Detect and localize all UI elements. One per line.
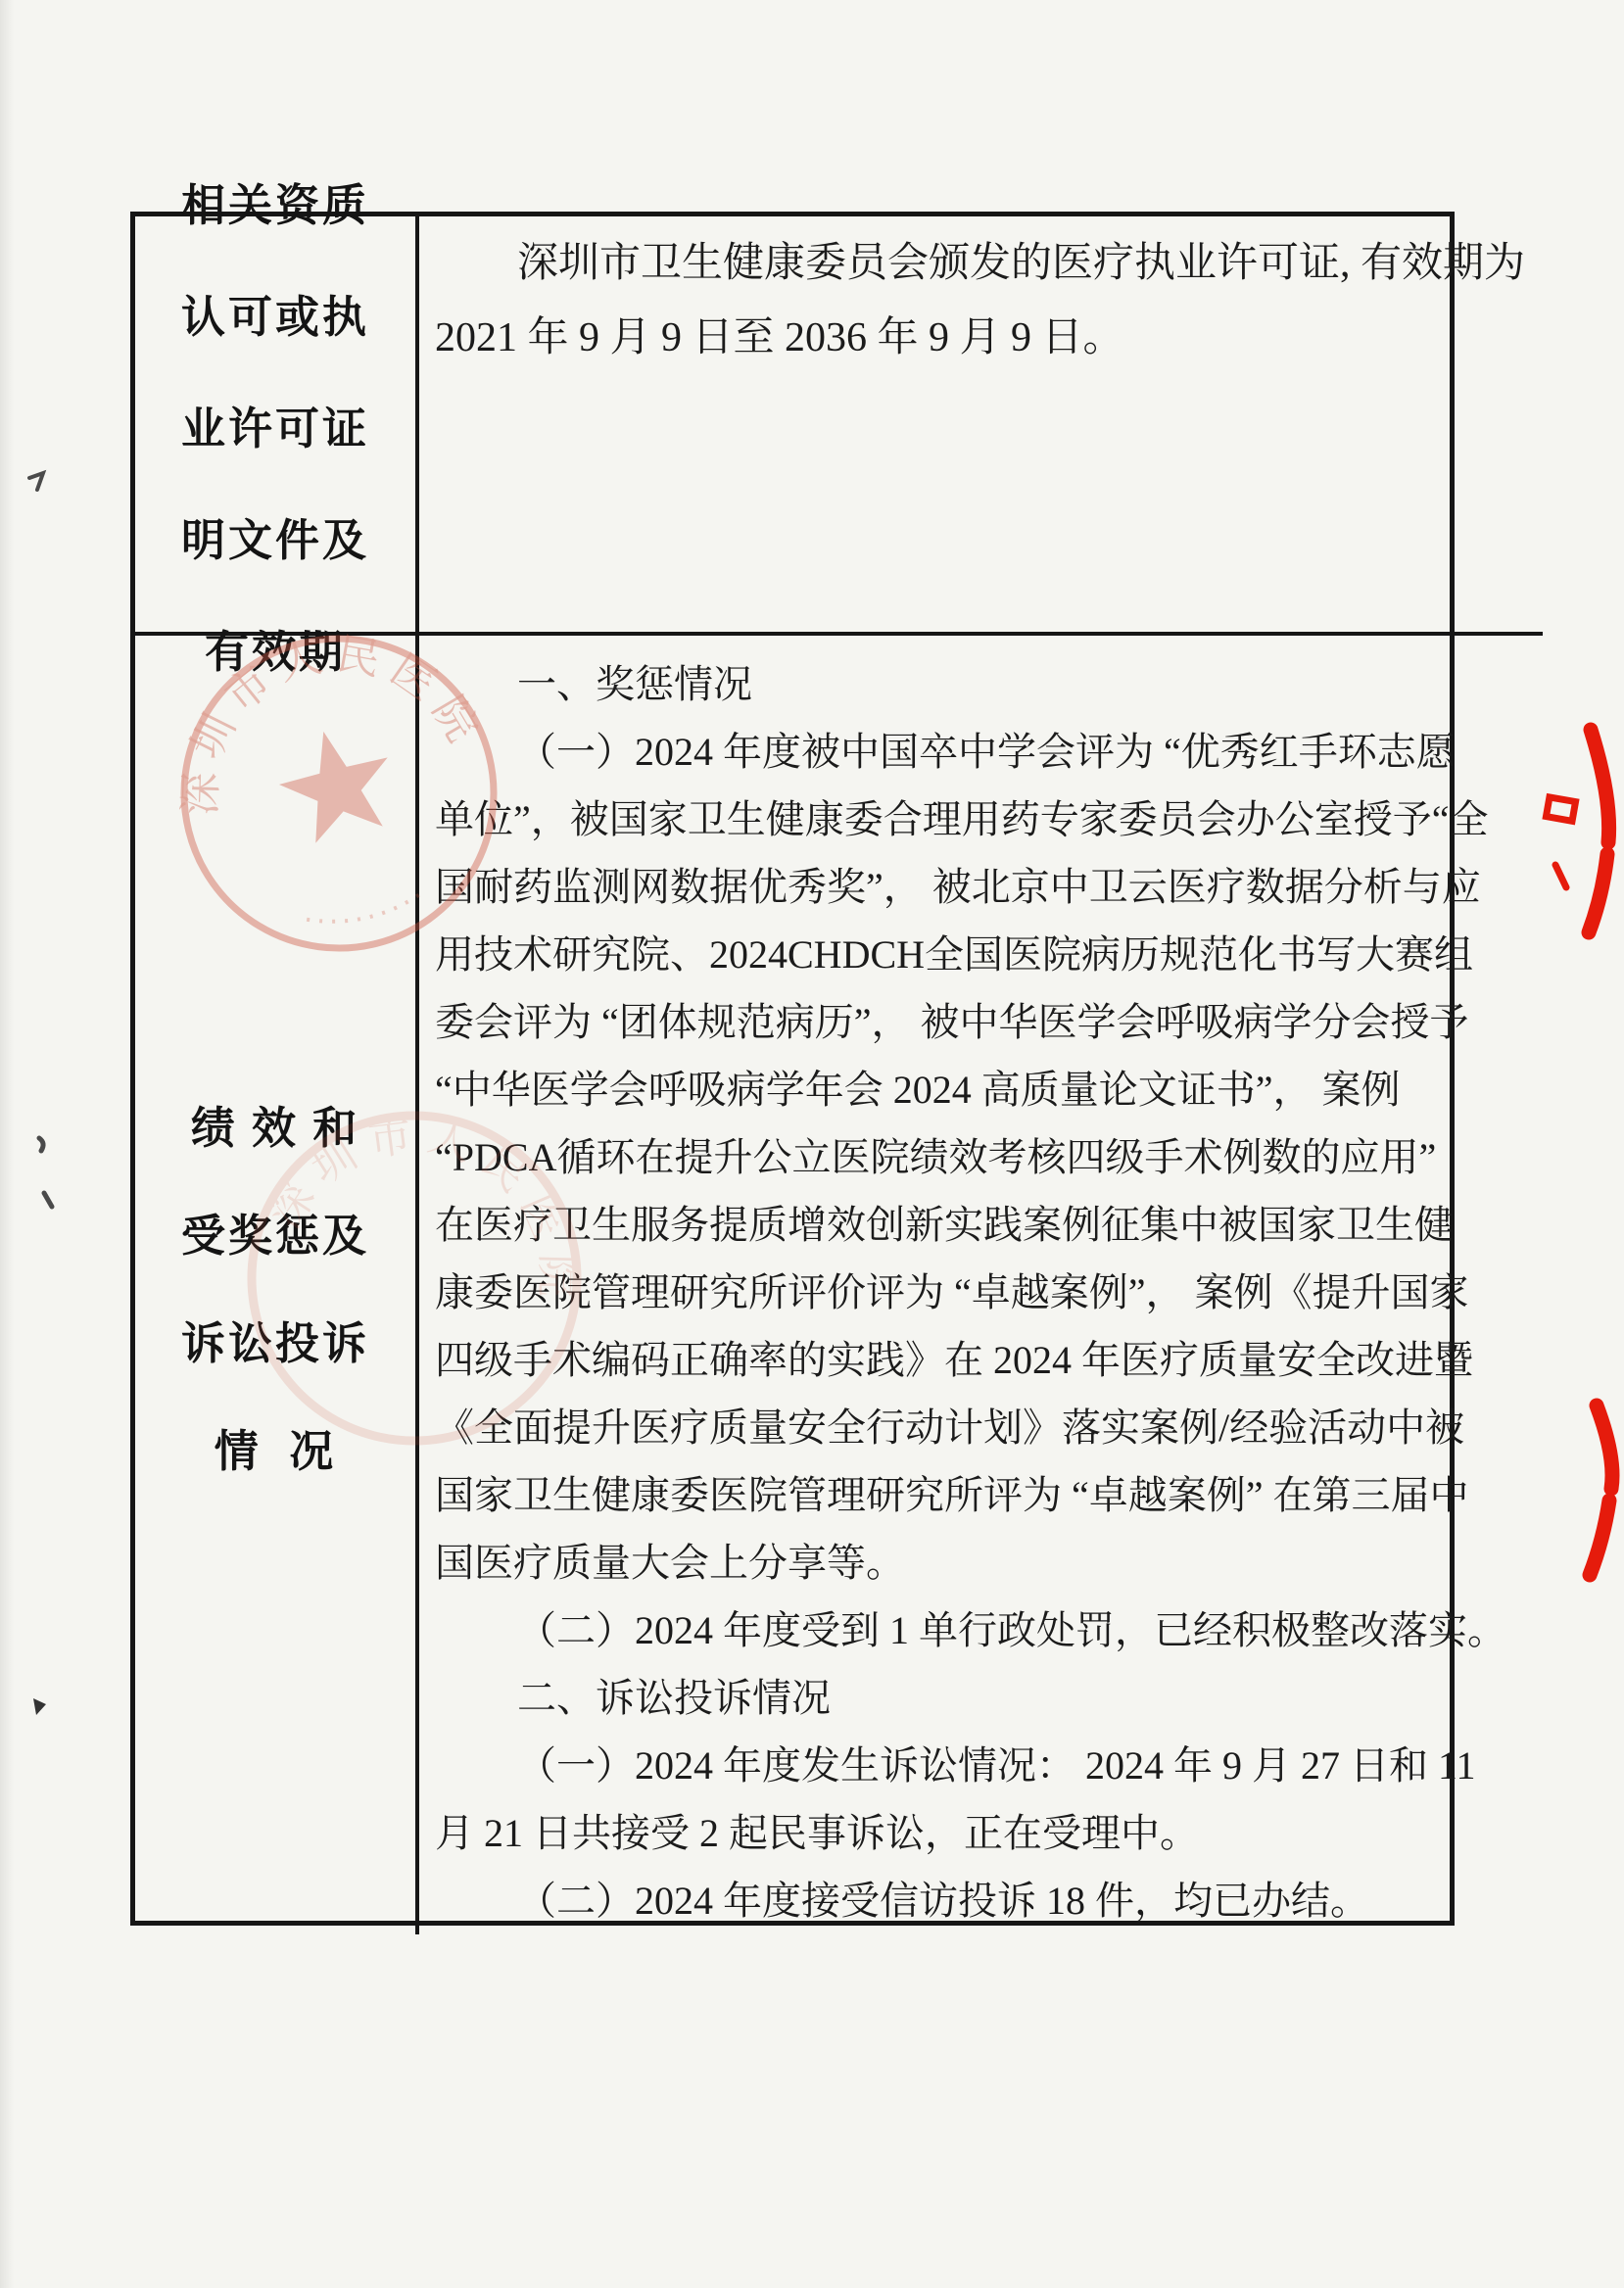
content-line: “PDCA循环在提升公立医院绩效考核四级手术例数的应用” bbox=[435, 1123, 1525, 1191]
content-line: 用技术研究院、2024CHDCH全国医院病历规范化书写大赛组 bbox=[435, 921, 1525, 988]
content-line: 委会评为 “团体规范病历”， 被中华医学会呼吸病学分会授予 bbox=[435, 988, 1525, 1056]
content-line: 月 21 日共接受 2 起民事诉讼，正在受理中。 bbox=[435, 1799, 1525, 1867]
label-line: 明文件及 bbox=[181, 504, 369, 568]
scanned-document-page: 相关资质 认可或执 业许可证 明文件及 有效期 深圳市卫生健康委员会颁发的医疗执… bbox=[0, 0, 1624, 2288]
content-line: “中华医学会呼吸病学年会 2024 高质量论文证书”， 案例 bbox=[435, 1056, 1525, 1123]
label-line: 绩 效 和 bbox=[191, 1092, 360, 1156]
content-line: 在医疗卫生服务提质增效创新实践案例征集中被国家卫生健 bbox=[435, 1191, 1525, 1259]
content-line: 《全面提升医疗质量安全行动计划》落实案例/经验活动中被 bbox=[435, 1394, 1525, 1461]
table-cell-label-qualification: 相关资质 认可或执 业许可证 明文件及 有效期 bbox=[135, 216, 419, 636]
content-line: 一、奖惩情况 bbox=[435, 650, 1525, 718]
content-line: 2021 年 9 月 9 日至 2036 年 9 月 9 日。 bbox=[435, 301, 1525, 375]
scan-artifacts bbox=[20, 460, 63, 1724]
label-line: 情 况 bbox=[215, 1415, 337, 1479]
label-line: 诉讼投诉 bbox=[181, 1308, 369, 1371]
content-line: 国医疗质量大会上分享等。 bbox=[435, 1529, 1525, 1597]
label-line: 认可或执 bbox=[181, 281, 369, 345]
label-line: 受奖惩及 bbox=[181, 1200, 369, 1263]
content-line: 康委医院管理研究所评价评为 “卓越案例”， 案例《提升国家 bbox=[435, 1259, 1525, 1326]
content-line: 深圳市卫生健康委员会颁发的医疗执业许可证, 有效期为 bbox=[435, 226, 1525, 301]
content-line: 二、诉讼投诉情况 bbox=[435, 1664, 1525, 1732]
table-cell-content-license: 深圳市卫生健康委员会颁发的医疗执业许可证, 有效期为 2021 年 9 月 9 … bbox=[419, 216, 1543, 636]
content-line: （一）2024 年度被中国卒中学会评为 “优秀红手环志愿 bbox=[435, 718, 1525, 786]
table-cell-content-performance: 一、奖惩情况 （一）2024 年度被中国卒中学会评为 “优秀红手环志愿 单位”，… bbox=[419, 636, 1543, 1934]
table-cell-label-performance: 绩 效 和 受奖惩及 诉讼投诉 情 况 bbox=[135, 636, 419, 1934]
label-line: 相关资质 bbox=[181, 169, 369, 233]
content-line: 国耐药监测网数据优秀奖”， 被北京中卫云医疗数据分析与应 bbox=[435, 853, 1525, 921]
content-line: （二）2024 年度接受信访投诉 18 件，均已办结。 bbox=[435, 1867, 1525, 1934]
content-line: 国家卫生健康委医院管理研究所评为 “卓越案例” 在第三届中 bbox=[435, 1461, 1525, 1529]
content-line: （一）2024 年度发生诉讼情况： 2024 年 9 月 27 日和 11 bbox=[435, 1732, 1525, 1799]
content-line: 单位”，被国家卫生健康委合理用药专家委员会办公室授予“全 bbox=[435, 786, 1525, 853]
label-line: 业许可证 bbox=[181, 393, 369, 456]
content-line: （二）2024 年度受到 1 单行政处罚，已经积极整改落实。 bbox=[435, 1597, 1525, 1664]
qualification-performance-table: 相关资质 认可或执 业许可证 明文件及 有效期 深圳市卫生健康委员会颁发的医疗执… bbox=[130, 212, 1455, 1926]
content-line: 四级手术编码正确率的实践》在 2024 年医疗质量安全改进暨 bbox=[435, 1326, 1525, 1394]
